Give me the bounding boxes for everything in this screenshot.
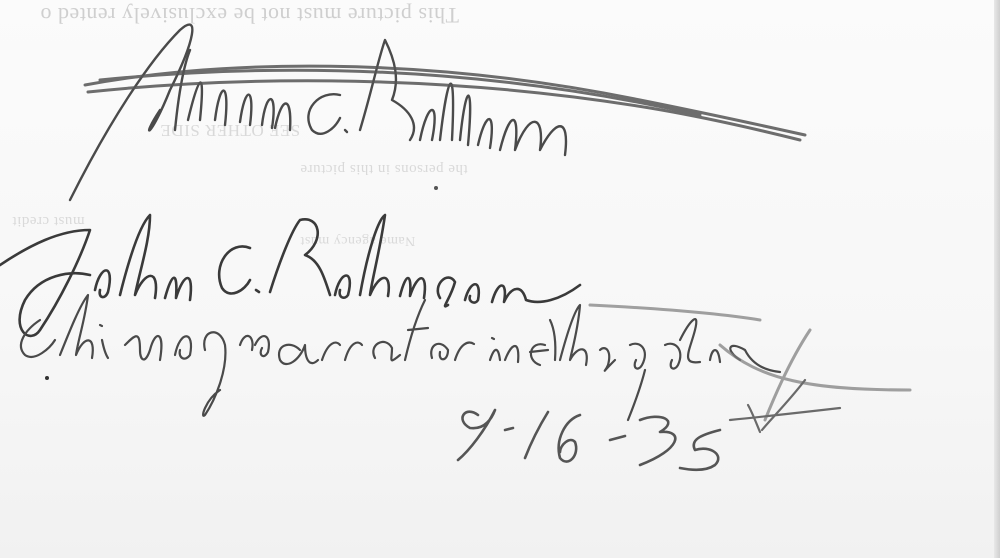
handwriting-layer xyxy=(0,0,1000,558)
date-underline-check xyxy=(730,380,840,432)
struck-signature xyxy=(70,25,566,200)
date xyxy=(458,410,720,470)
caption xyxy=(21,295,780,420)
pencil-dot xyxy=(45,376,49,380)
photo-back-sheet: This picture must not be exclusively ren… xyxy=(0,0,1000,558)
signature xyxy=(0,215,580,336)
caption-overline xyxy=(590,305,910,420)
pencil-dot xyxy=(434,186,438,190)
paper-edge xyxy=(994,0,1000,558)
